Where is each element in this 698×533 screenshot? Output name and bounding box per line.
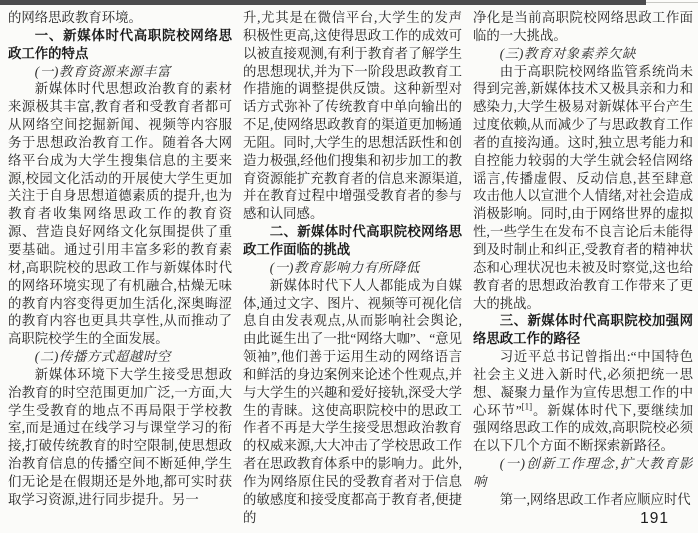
three-column-layout: 的网络思政教育环境。 一、新媒体时代高职院校网络思政工作的特点 (一)教育资源来… bbox=[8, 9, 693, 533]
scan-top-edge-band bbox=[0, 0, 646, 5]
section-heading-2: 二、新媒体时代高职院校网络思政工作面临的挑战 bbox=[243, 223, 462, 259]
subsection-heading-3-1: (一)创新工作理念,扩大教育影响 bbox=[473, 455, 693, 491]
paragraph: 新媒体时代下人人都能成为自媒体,通过文字、图片、视频等可视化信息自由发表观点,从… bbox=[243, 277, 462, 527]
paragraph: 由于高职院校网络监管系统尚未得到完善,新媒体技术又极具亲和力和感染力,大学生极易… bbox=[473, 63, 693, 313]
paragraph: 第一,网络思政工作者应顺应时代 bbox=[473, 491, 693, 509]
document-page: 的网络思政教育环境。 一、新媒体时代高职院校网络思政工作的特点 (一)教育资源来… bbox=[0, 0, 698, 533]
paragraph: 新媒体时代思想政治教育的素材来源极其丰富,教育者和受教育者都可从网络空间挖掘新闻… bbox=[8, 80, 232, 348]
footnote-reference: [1] bbox=[522, 401, 533, 411]
section-heading-3: 三、新媒体时代高职院校加强网络思政工作的路径 bbox=[473, 312, 693, 348]
scan-top-edge-line bbox=[646, 2, 698, 3]
subsection-heading-1-2: (二)传播方式超越时空 bbox=[8, 348, 232, 366]
paragraph-continuation: 净化是当前高职院校网络思政工作面临的一大挑战。 bbox=[473, 9, 693, 45]
subsection-heading-2-1: (一)教育影响力有所降低 bbox=[243, 259, 462, 277]
paragraph-continuation: 升,尤其是在微信平台,大学生的发声积极性更高,这使得思政工作的成效可以被直接观测… bbox=[243, 9, 462, 223]
column-3: 净化是当前高职院校网络思政工作面临的一大挑战。 (三)教育对象素养欠缺 由于高职… bbox=[473, 9, 693, 533]
column-1: 的网络思政教育环境。 一、新媒体时代高职院校网络思政工作的特点 (一)教育资源来… bbox=[8, 9, 232, 533]
subsection-heading-2-3: (三)教育对象素养欠缺 bbox=[473, 45, 693, 63]
section-heading-1: 一、新媒体时代高职院校网络思政工作的特点 bbox=[8, 27, 232, 63]
page-number: 191 bbox=[640, 510, 669, 528]
paragraph-continuation: 的网络思政教育环境。 bbox=[8, 9, 232, 27]
column-2: 升,尤其是在微信平台,大学生的发声积极性更高,这使得思政工作的成效可以被直接观测… bbox=[243, 9, 462, 533]
paragraph-with-citation: 习近平总书记曾指出:“中国特色社会主义进入新时代,必须把统一思想、凝聚力量作为宣… bbox=[473, 348, 693, 455]
paragraph: 新媒体环境下大学生接受思想政治教育的时空范围更加广泛,一方面,大学生受教育的地点… bbox=[8, 366, 232, 509]
subsection-heading-1-1: (一)教育资源来源丰富 bbox=[8, 63, 232, 81]
